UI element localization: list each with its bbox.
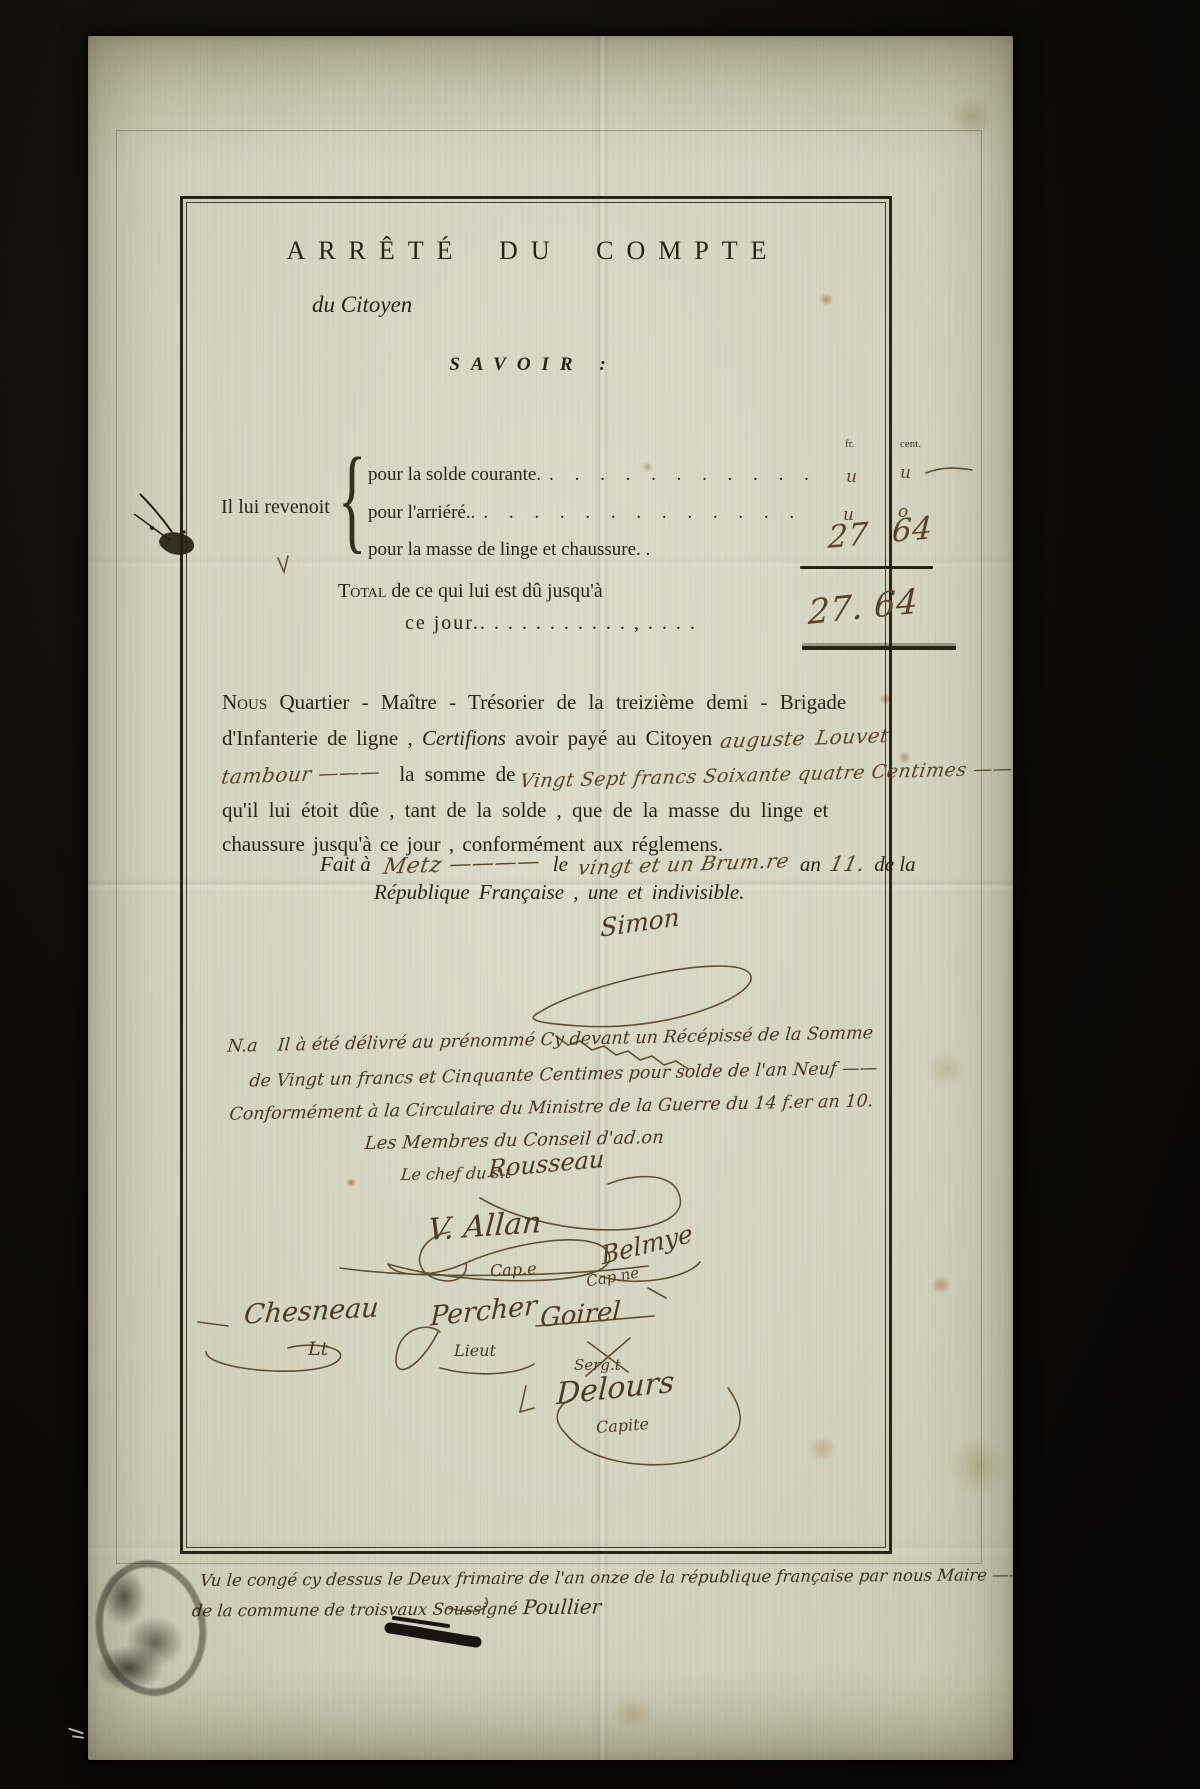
signature-flourishes — [88, 36, 1013, 1760]
document-photo: ARRÊTÉ DU COMPTE du Citoyen SAVOIR : fr.… — [0, 0, 1200, 1789]
ink-blot — [132, 488, 210, 572]
photo-corner-mark — [68, 1726, 90, 1742]
paper-sheet: ARRÊTÉ DU COMPTE du Citoyen SAVOIR : fr.… — [88, 36, 1013, 1760]
